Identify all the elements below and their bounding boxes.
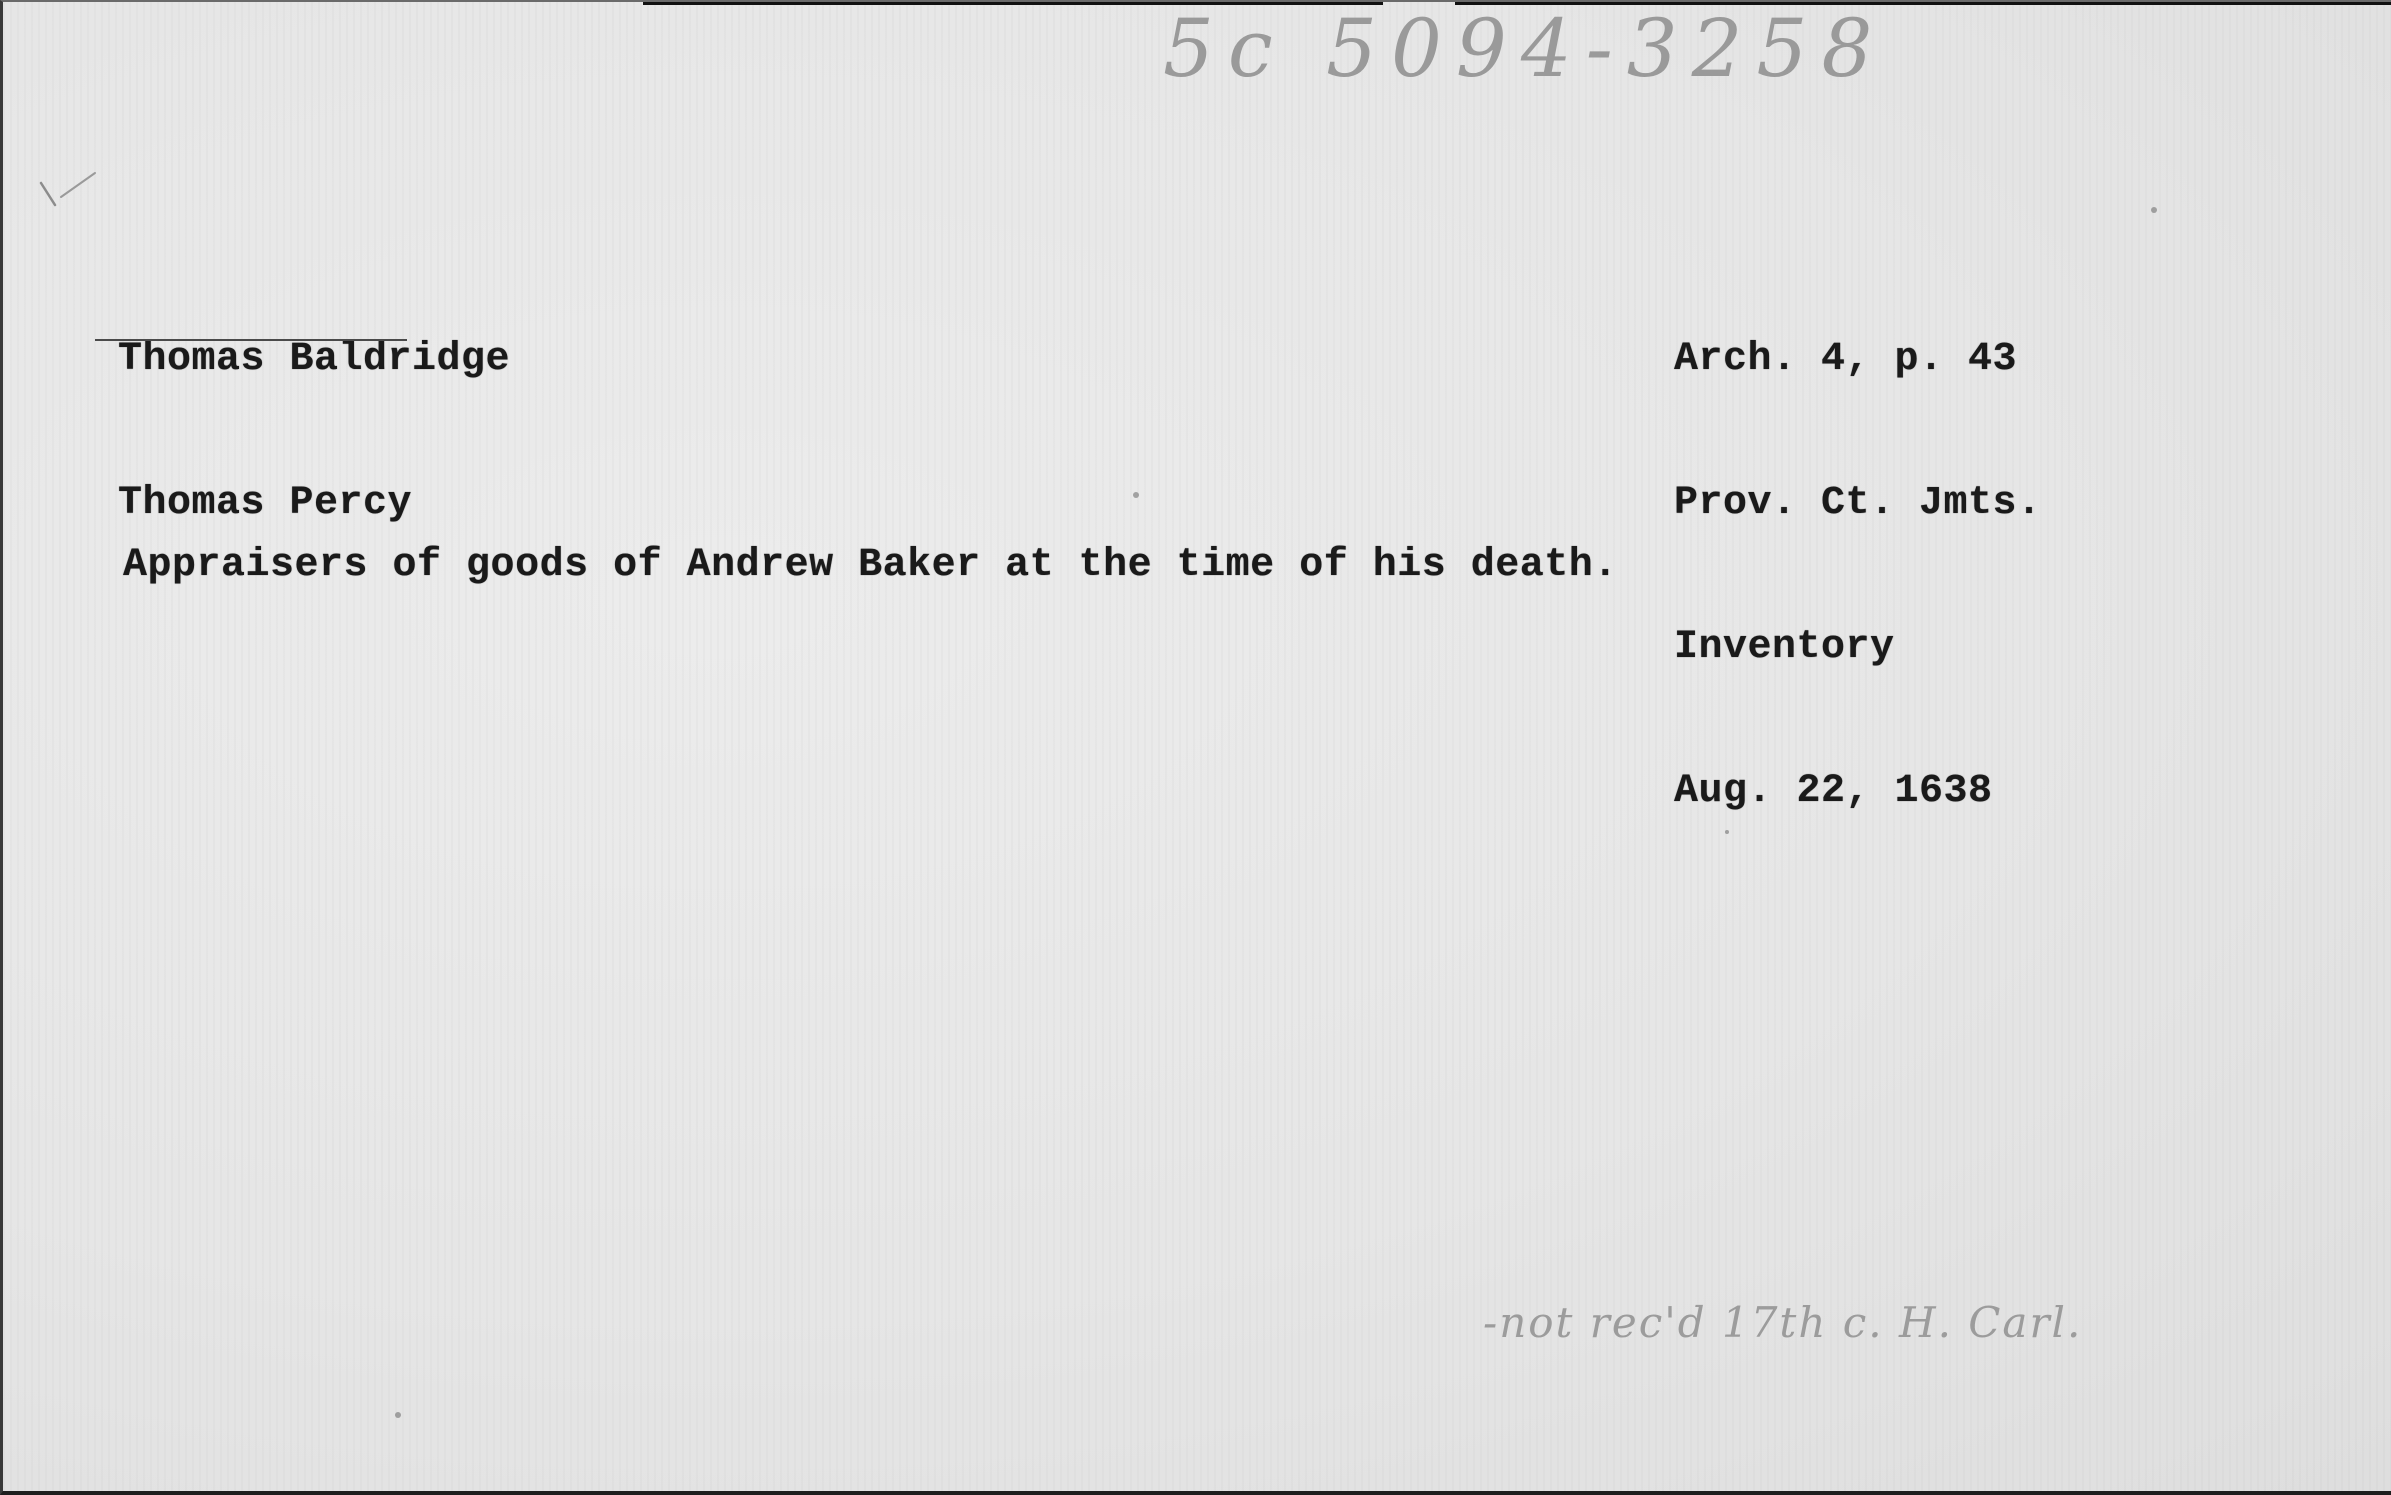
paper-speck — [2151, 207, 2157, 213]
check-mark-icon — [37, 167, 97, 217]
citation-record-type: Inventory — [1674, 624, 2042, 672]
name-line: Thomas Percy — [118, 480, 510, 528]
names-underline — [95, 339, 407, 341]
handwritten-note: -not rec'd 17th c. H. Carl. — [1483, 1298, 2082, 1347]
paper-speck — [395, 1412, 401, 1418]
name-line: Thomas Baldridge — [118, 336, 510, 384]
citation-archive: Arch. 4, p. 43 — [1674, 336, 2042, 384]
index-card: 5c 5094-3258 Thomas Baldridge Thomas Per… — [0, 0, 2391, 1495]
citation-date: Aug. 22, 1638 — [1674, 768, 2042, 816]
citation-court: Prov. Ct. Jmts. — [1674, 480, 2042, 528]
paper-speck — [1133, 492, 1139, 498]
paper-speck — [1725, 830, 1729, 834]
record-description: Appraisers of goods of Andrew Baker at t… — [123, 542, 1618, 590]
handwritten-reference-number: 5c 5094-3258 — [1163, 2, 1886, 95]
citation-block: Arch. 4, p. 43 Prov. Ct. Jmts. Inventory… — [1674, 240, 2042, 912]
